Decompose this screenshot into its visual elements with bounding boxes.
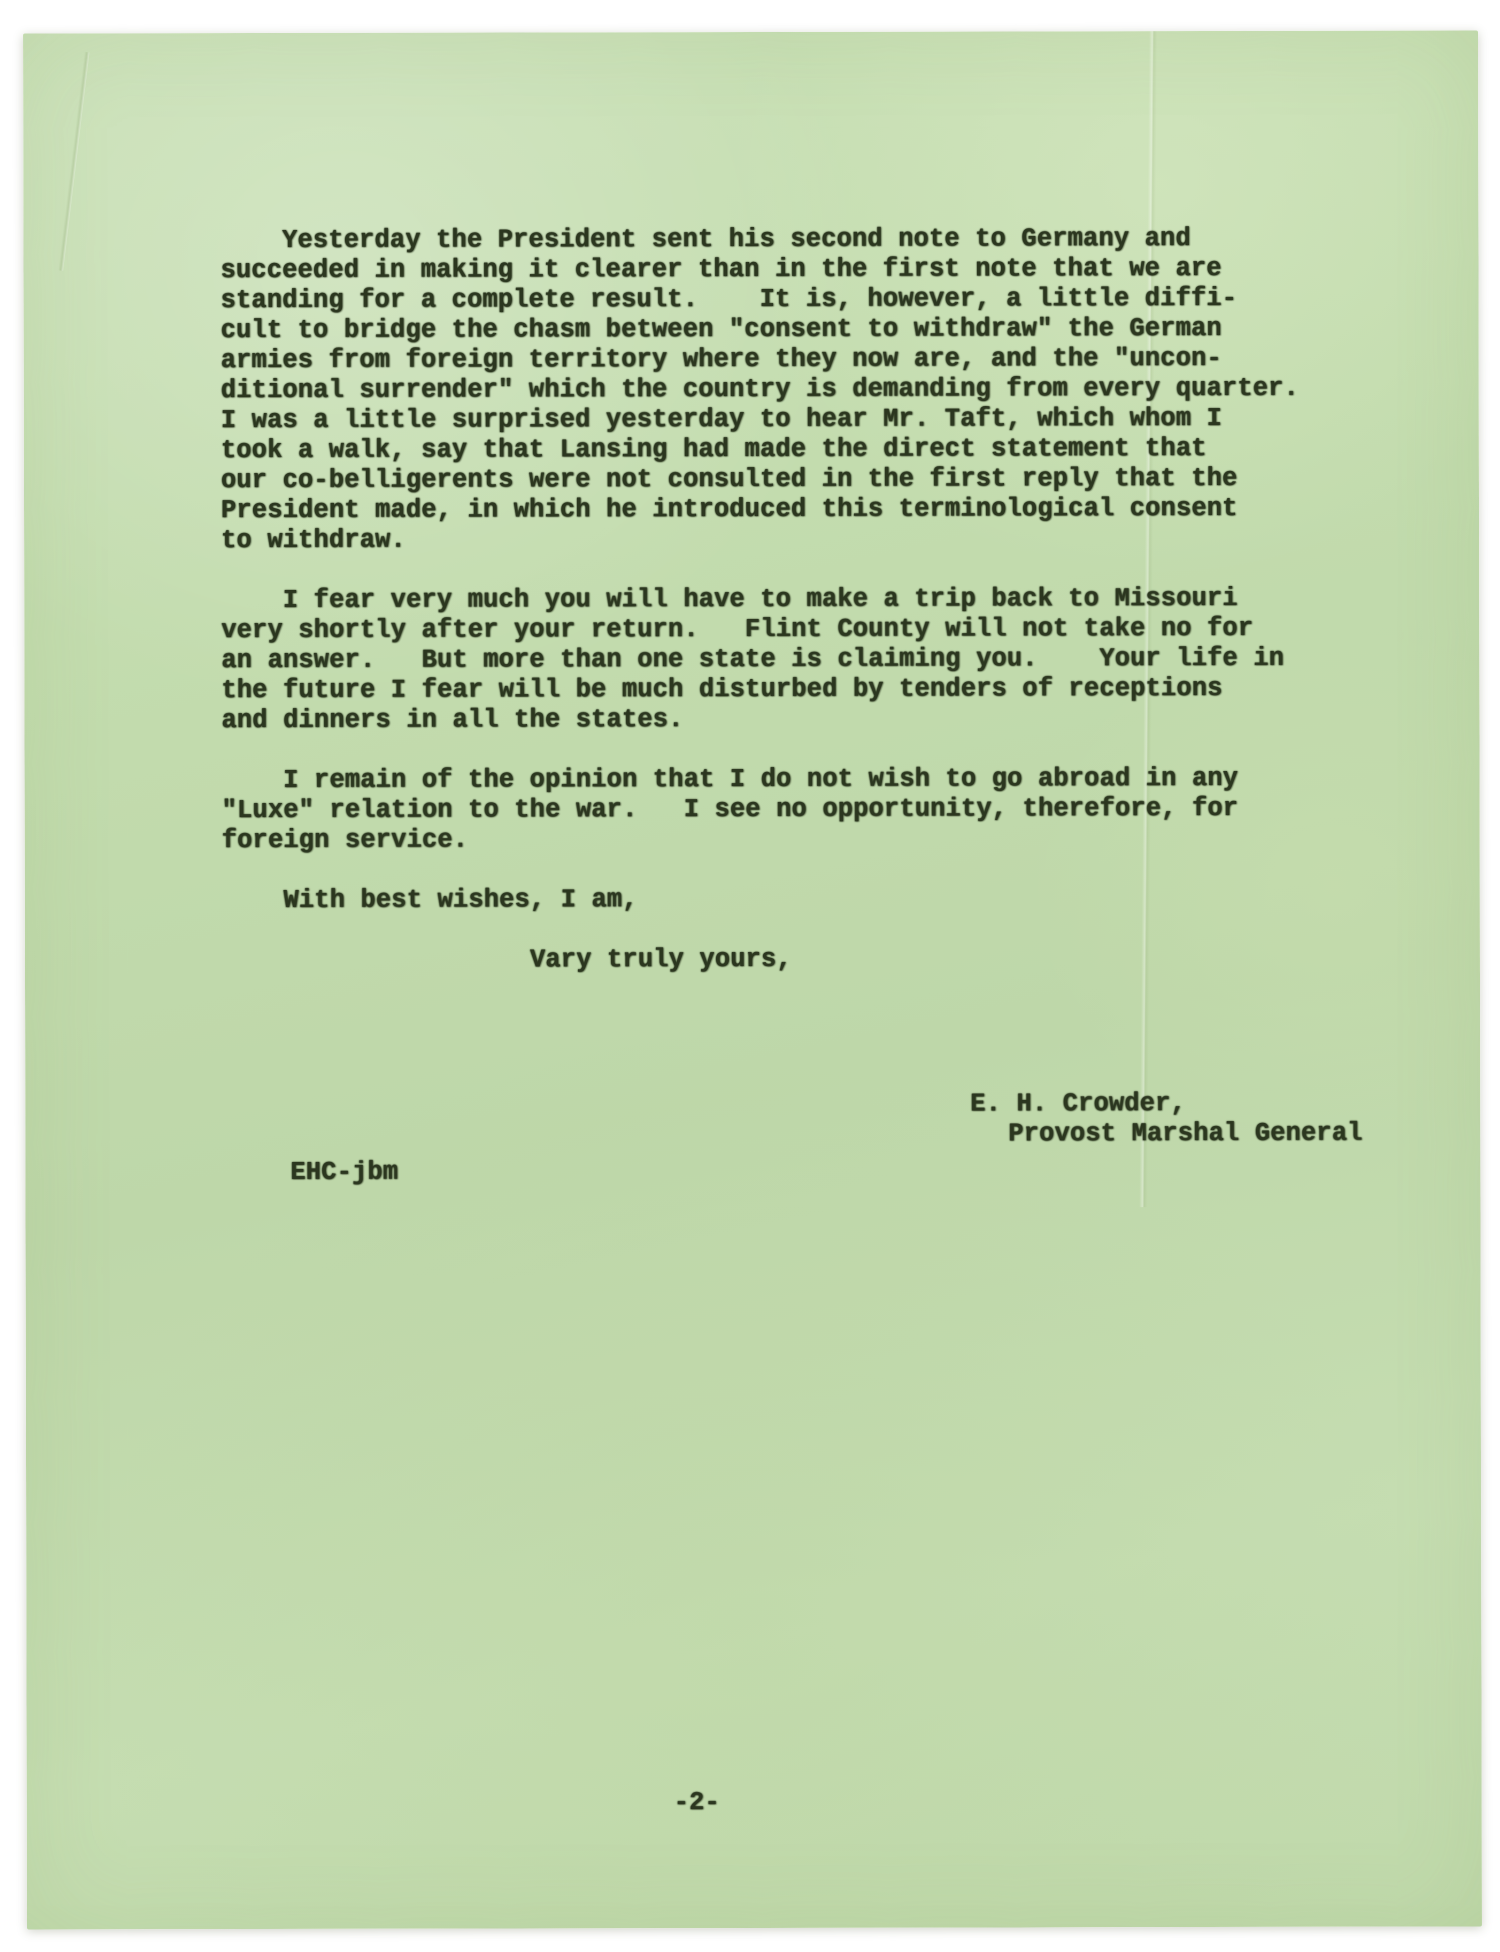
letter-paragraph-2: I fear very much you will have to make a… [221, 584, 1284, 736]
letter-paragraph-1: Yesterday the President sent his second … [220, 224, 1299, 556]
letter-paragraph-3: I remain of the opinion that I do not wi… [222, 764, 1239, 856]
page-number: -2- [674, 1788, 720, 1818]
valediction: Vary truly yours, [530, 945, 792, 976]
complimentary-close: With best wishes, I am, [222, 885, 638, 916]
signature-name: E. H. Crowder, [970, 1089, 1186, 1119]
typist-reference-initials: EHC-jbm [290, 1158, 398, 1188]
letter-paper: Yesterday the President sent his second … [23, 30, 1482, 1929]
signature-title: Provost Marshal General [1008, 1119, 1362, 1150]
